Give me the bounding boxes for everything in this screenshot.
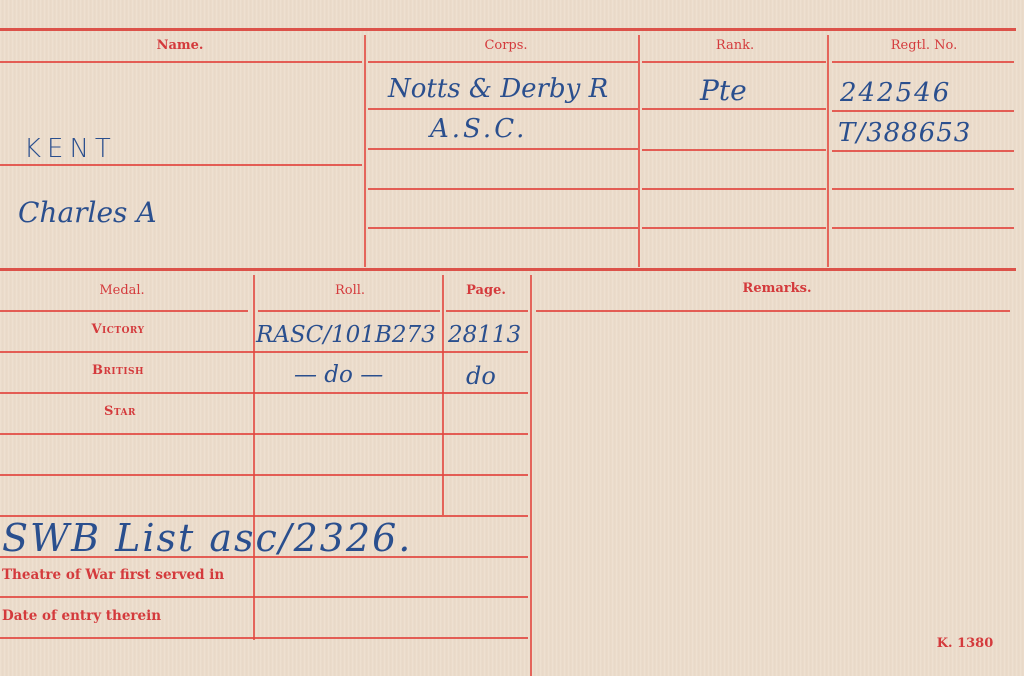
header-underline-name (0, 61, 362, 63)
surname-entry: KENT (24, 134, 117, 164)
medal-row-british-label: British (48, 363, 188, 378)
medal-row-victory-label: Victory (48, 322, 188, 337)
footer-annotation: SWB List asc/2326. (2, 516, 412, 560)
theatre-bottom-line (0, 596, 528, 598)
corps-header-label: Corps. (436, 38, 576, 53)
corps-line-2 (368, 148, 638, 150)
corps-line-1 (368, 108, 638, 110)
divider-rank-regtl (827, 35, 829, 267)
remarks-header-underline (536, 310, 1010, 312)
top-border-line (0, 28, 1016, 31)
date-entry-label: Date of entry therein (2, 608, 161, 624)
remarks-header-label: Remarks. (707, 281, 847, 296)
british-page-entry: do (466, 362, 496, 390)
medal-header-label: Medal. (52, 283, 192, 298)
form-number: K. 1380 (930, 636, 1000, 651)
divider-medal-roll (253, 275, 255, 640)
british-roll-entry: — do — (294, 362, 383, 388)
medal-row-line-3 (0, 433, 528, 435)
regtl-no-entry-1: 242546 (840, 78, 951, 108)
regtl-line-2 (832, 150, 1014, 152)
surname-line (0, 164, 362, 166)
name-header-label: Name. (110, 38, 250, 53)
rank-line-3 (642, 188, 826, 190)
date-bottom-line (0, 637, 528, 639)
header-underline-corps (368, 61, 638, 63)
medal-index-card: Name. Corps. Rank. Regtl. No. Medal. Rol… (0, 0, 1024, 676)
forenames-entry: Charles A (18, 196, 157, 229)
page-header-label: Page. (416, 283, 556, 298)
regtl-line-1 (832, 110, 1014, 112)
corps-entry-1: Notts & Derby R (388, 74, 608, 104)
divider-corps-rank (638, 35, 640, 267)
regtl-no-header-label: Regtl. No. (854, 38, 994, 53)
roll-header-underline (258, 310, 440, 312)
medal-row-line-2 (0, 392, 528, 394)
victory-roll-entry: RASC/101B273 (256, 322, 436, 348)
theatre-label: Theatre of War first served in (2, 567, 224, 583)
page-header-underline (446, 310, 528, 312)
section-separator-line (0, 268, 1016, 271)
corps-line-3 (368, 188, 638, 190)
roll-header-label: Roll. (280, 283, 420, 298)
corps-entry-2: A.S.C. (430, 114, 527, 144)
rank-line-1 (642, 108, 826, 110)
medal-row-line-4 (0, 474, 528, 476)
medal-header-underline (0, 310, 248, 312)
regtl-line-4 (832, 227, 1014, 229)
regtl-no-entry-2: T/388653 (838, 118, 971, 148)
divider-roll-page (442, 275, 444, 515)
medal-row-star-label: Star (50, 404, 190, 419)
medal-row-line-1 (0, 351, 528, 353)
regtl-line-3 (832, 188, 1014, 190)
header-underline-regtl (832, 61, 1014, 63)
divider-page-remarks (530, 275, 532, 676)
rank-line-2 (642, 149, 826, 151)
victory-page-entry: 28113 (448, 322, 521, 348)
rank-entry: Pte (700, 74, 747, 107)
rank-line-4 (642, 227, 826, 229)
corps-line-4 (368, 227, 638, 229)
rank-header-label: Rank. (665, 38, 805, 53)
divider-name-corps (364, 35, 366, 267)
header-underline-rank (642, 61, 826, 63)
